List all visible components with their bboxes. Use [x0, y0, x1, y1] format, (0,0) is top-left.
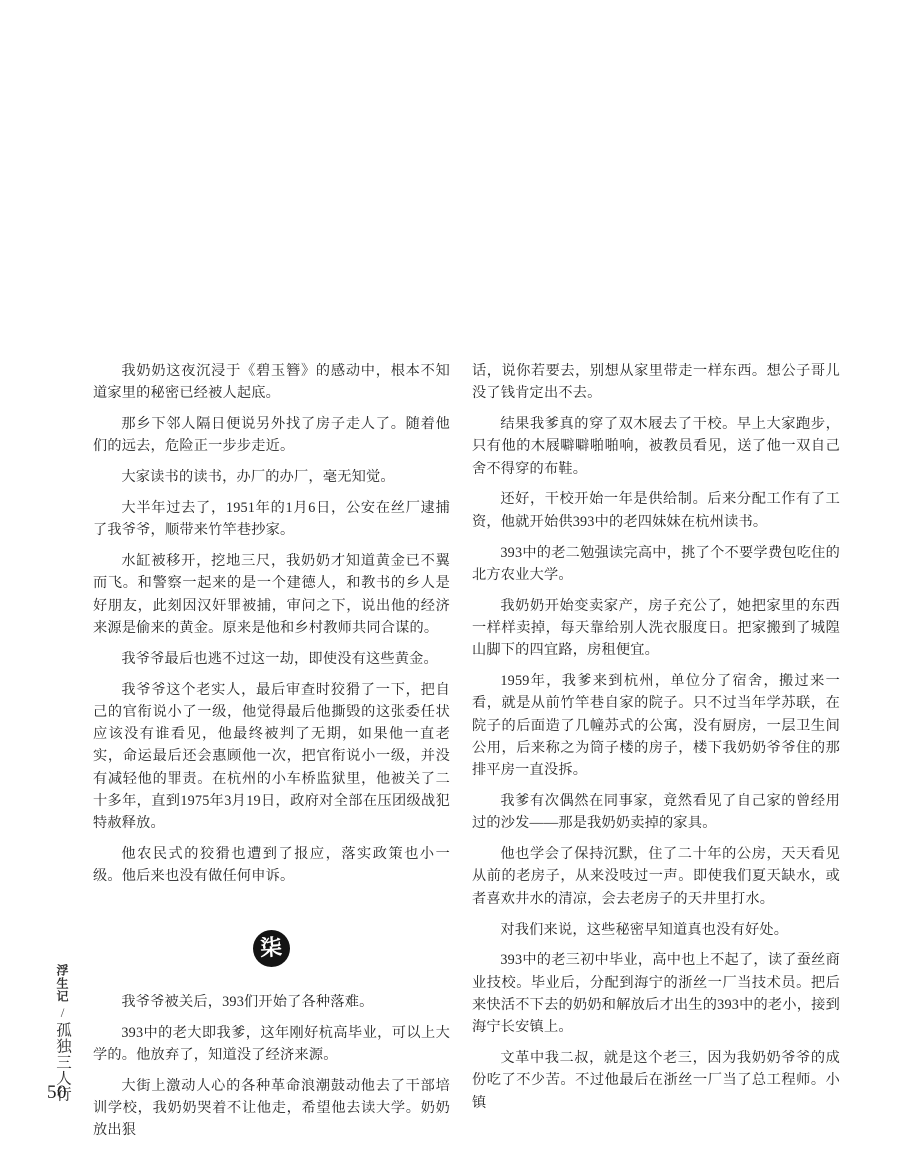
left-column: 我奶奶这夜沉浸于《碧玉簪》的感动中，根本不知道家里的秘密已经被人起底。 那乡下邻…	[93, 360, 450, 1150]
paragraph: 我奶奶这夜沉浸于《碧玉簪》的感动中，根本不知道家里的秘密已经被人起底。	[93, 360, 450, 405]
paragraph: 我奶奶开始变卖家产，房子充公了，她把家里的东西一样样卖掉，每天靠给别人洗衣服度日…	[472, 595, 840, 662]
paragraph: 我爷爷最后也逃不过这一劫，即使没有这些黄金。	[93, 648, 450, 670]
right-column: 话，说你若要去，别想从家里带走一样东西。想公子哥儿没了钱肯定出不去。 结果我爹真…	[472, 360, 840, 1122]
book-page: 浮生记/孤独三人行 50 我奶奶这夜沉浸于《碧玉簪》的感动中，根本不知道家里的秘…	[0, 0, 899, 1150]
paragraph: 他农民式的狡猾也遭到了报应，落实政策也小一级。他后来也没有做任何申诉。	[93, 843, 450, 888]
paragraph: 对我们来说，这些秘密早知道真也没有好处。	[472, 919, 840, 941]
paragraph: 393中的老二勉强读完高中，挑了个不要学费包吃住的北方农业大学。	[472, 542, 840, 587]
paragraph: 那乡下邻人隔日便说另外找了房子走人了。随着他们的远去，危险正一步步走近。	[93, 413, 450, 458]
seal-character: 柒	[260, 936, 283, 959]
page-number: 50	[47, 1082, 67, 1104]
paragraph: 文革中我二叔，就是这个老三，因为我奶奶爷爷的成份吃了不少苦。不过他最后在浙丝一厂…	[472, 1047, 840, 1114]
paragraph: 我爹有次偶然在同事家，竟然看见了自己家的曾经用过的沙发——那是我奶奶卖掉的家具。	[472, 790, 840, 835]
paragraph: 大家读书的读书，办厂的办厂，毫无知觉。	[93, 466, 450, 488]
paragraph: 我爷爷被关后，393们开始了各种落难。	[93, 991, 450, 1013]
paragraph: 393中的老大即我爹，这年刚好杭高毕业，可以上大学的。他放弃了，知道没了经济来源…	[93, 1022, 450, 1067]
paragraph: 393中的老三初中毕业，高中也上不起了，读了蚕丝商业技校。毕业后，分配到海宁的浙…	[472, 949, 840, 1038]
paragraph: 结果我爹真的穿了双木屐去了干校。早上大家跑步，只有他的木屐噼噼啪啪响，被教员看见…	[472, 413, 840, 480]
section-seven-seal-icon: 柒	[253, 930, 290, 967]
book-title: 浮生记	[55, 964, 69, 1003]
paragraph: 大半年过去了，1951年的1月6日，公安在丝厂逮捕了我爷爷，顺带来竹竿巷抄家。	[93, 497, 450, 542]
paragraph: 还好，干校开始一年是供给制。后来分配工作有了工资，他就开始供393中的老四妹妹在…	[472, 488, 840, 533]
paragraph: 1959年，我爹来到杭州，单位分了宿舍，搬过来一看，就是从前竹竿巷自家的院子。只…	[472, 670, 840, 781]
paragraph-continuation: 话，说你若要去，别想从家里带走一样东西。想公子哥儿没了钱肯定出不去。	[472, 360, 840, 405]
paragraph: 他也学会了保持沉默，住了二十年的公房，天天看见从前的老房子，从来没吱过一声。即使…	[472, 843, 840, 910]
paragraph: 水缸被移开，挖地三尺，我奶奶才知道黄金已不翼而飞。和警察一起来的是一个建德人，和…	[93, 550, 450, 639]
title-separator-slash: /	[55, 1003, 70, 1022]
paragraph: 大街上激动人心的各种革命浪潮鼓动他去了干部培训学校，我奶奶哭着不让他走，希望他去…	[93, 1075, 450, 1142]
paragraph: 我爷爷这个老实人，最后审查时狡猾了一下，把自己的官衔说小了一级，他觉得最后他撕毁…	[93, 679, 450, 835]
